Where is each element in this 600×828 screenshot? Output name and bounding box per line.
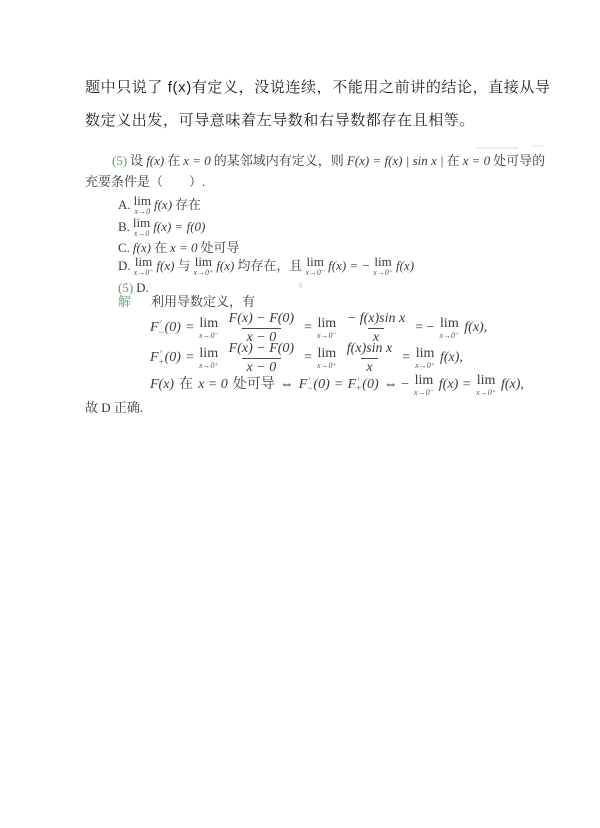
option-b: B. lim x→0 f(x) = f(0) <box>118 216 205 238</box>
math-segment: f(x) <box>216 258 234 274</box>
text-segment: 处可导的 <box>493 153 545 169</box>
math-segment: (0) <box>313 377 329 394</box>
lim-word: lim <box>440 317 459 331</box>
f-prime-minus: F′−(0) <box>299 377 330 394</box>
math-segment: x = 0 <box>170 240 198 256</box>
limit-operator: lim x→0⁻ <box>305 255 325 277</box>
lim-subscript: x→0⁺ <box>373 269 393 277</box>
formula-right-derivative: F′+(0) = lim x→0⁺ F(x) − F(0) x − 0 = li… <box>150 341 463 376</box>
text-segment: 存在 <box>175 197 201 213</box>
math-segment: f(x) <box>156 258 174 274</box>
prime-sign-stack: ′+ <box>356 378 361 393</box>
lim-subscript: x→0⁻ <box>199 332 219 340</box>
text-segment: 均存在，且 <box>237 258 302 274</box>
math-segment: f(x) <box>154 197 172 213</box>
limit-operator: lim x→0⁺ <box>373 255 393 277</box>
text-segment: 在 <box>154 240 167 256</box>
plus-sub: + <box>356 385 361 393</box>
lim-subscript: x→0⁺ <box>415 362 435 370</box>
math-segment: x = 0 <box>183 153 211 169</box>
lim-word: lim <box>307 255 324 268</box>
iff-arrow: ⇔ <box>280 377 294 394</box>
lim-subscript: x→0⁻ <box>305 269 325 277</box>
annotation-line-2: 数定义出发，可导意味着左导数和右导数都存在且相等。 <box>85 109 475 130</box>
limit-operator: lim x→0⁻ <box>440 317 460 340</box>
math-segment: F(x) <box>150 377 174 394</box>
math-segment: F <box>150 350 159 367</box>
lim-word: lim <box>199 347 218 361</box>
numerator: f(x)sin x <box>342 341 397 358</box>
math-segment: F <box>299 377 308 394</box>
equals: = <box>186 320 194 337</box>
math-segment: f(x) = f(0) <box>153 219 205 235</box>
text-segment: 处可导 <box>233 377 275 394</box>
text-segment: 在 <box>179 377 193 394</box>
math-segment: f(x) = − <box>328 258 370 274</box>
text-segment: 充要条件是（ ）. <box>85 174 205 190</box>
lim-subscript: x→0⁺ <box>476 389 496 397</box>
limit-operator: lim x→0 <box>133 216 150 238</box>
text-segment: 设 <box>130 153 143 169</box>
math-segment: (0) <box>165 320 181 337</box>
limit-operator: lim x→0⁻ <box>199 317 219 340</box>
f-prime-plus: F′+(0) <box>348 377 379 394</box>
prime-sign-stack: ′− <box>159 321 164 336</box>
problem-statement-line-1: (5) 设 f(x) 在 x = 0 的某邻域内有定义，则 F(x) = f(x… <box>112 153 545 169</box>
numerator: F(x) − F(0) <box>224 311 299 328</box>
text-segment: 在 <box>167 153 180 169</box>
lim-word: lim <box>133 216 150 229</box>
numerator: − f(x)sin x <box>342 311 410 328</box>
math-segment: F <box>348 377 357 394</box>
math-segment: f(x) = <box>439 377 471 394</box>
numerator: F(x) − F(0) <box>224 341 299 358</box>
fraction: F(x) − F(0) x − 0 <box>224 341 299 376</box>
annotation-line-1: 题中只说了 f(x)有定义，没说连续，不能用之前讲的结论，直接从导 <box>85 76 551 97</box>
math-segment: f(x) <box>146 153 164 169</box>
limit-operator: lim x→0⁺ <box>199 347 219 370</box>
equals: = − <box>415 320 434 337</box>
lim-word: lim <box>199 317 218 331</box>
math-segment: f(x) <box>396 258 414 274</box>
equals: = <box>186 350 194 367</box>
lim-word: lim <box>135 255 152 268</box>
lim-word: lim <box>318 317 337 331</box>
equals: = <box>335 377 343 394</box>
problem-number: (5) <box>112 153 127 169</box>
lim-subscript: x→0⁻ <box>134 269 154 277</box>
limit-operator: lim x→0⁺ <box>476 374 496 397</box>
text-segment: 利用导数定义，有 <box>151 294 255 310</box>
math-segment: F(x) = f(x) | sin x | <box>347 153 444 169</box>
equals: = <box>304 350 312 367</box>
minus-sub: − <box>307 385 312 393</box>
equals: = <box>402 350 410 367</box>
math-segment: (0) <box>362 377 378 394</box>
limit-operator: lim x→0 <box>134 194 151 216</box>
formula-equivalence: F(x) 在 x = 0 处可导 ⇔ F′−(0) = F′+(0) ⇔ − l… <box>150 374 524 397</box>
lim-word: lim <box>134 194 151 207</box>
option-label: B. <box>118 219 130 235</box>
limit-operator: lim x→0⁺ <box>415 347 435 370</box>
option-label: A. <box>118 197 131 213</box>
lim-subscript: x→0⁻ <box>440 332 460 340</box>
math-segment: x = 0 <box>198 377 228 394</box>
scan-artifact <box>299 283 302 288</box>
plus-sub: + <box>159 359 164 367</box>
option-label: D. <box>118 258 131 274</box>
scan-artifact <box>533 145 543 147</box>
text-segment: 在 <box>447 153 460 169</box>
lim-word: lim <box>195 255 212 268</box>
lim-subscript: x→0⁺ <box>199 362 219 370</box>
text-segment: 与 <box>177 258 190 274</box>
option-a: A. lim x→0 f(x) 存在 <box>118 194 201 216</box>
prime-sign-stack: ′+ <box>159 351 164 366</box>
solution-marker: 解 <box>118 294 131 310</box>
text-segment: 故 D 正确. <box>85 400 143 416</box>
lim-subscript: x→0⁺ <box>193 269 213 277</box>
math-segment: F <box>150 320 159 337</box>
math-segment: f(x), <box>501 377 524 394</box>
equals: = <box>304 320 312 337</box>
iff-arrow: ⇔ − <box>384 377 409 394</box>
option-d: D. lim x→0⁻ f(x) 与 lim x→0⁺ f(x) 均存在，且 l… <box>118 255 414 277</box>
conclusion-line: 故 D 正确. <box>85 400 143 416</box>
limit-operator: lim x→0⁻ <box>134 255 154 277</box>
scan-artifact <box>476 147 518 149</box>
math-segment: (0) <box>165 350 181 367</box>
limit-operator: lim x→0⁻ <box>317 317 337 340</box>
lim-word: lim <box>415 374 434 388</box>
fraction: f(x)sin x x <box>342 341 397 376</box>
lim-subscript: x→0 <box>134 230 150 238</box>
limit-operator: lim x→0⁺ <box>317 347 337 370</box>
lim-word: lim <box>477 374 496 388</box>
option-label: C. <box>118 240 130 256</box>
math-segment: f(x), <box>464 320 487 337</box>
text-segment: 的某邻域内有定义，则 <box>214 153 344 169</box>
math-segment: f(x), <box>440 350 463 367</box>
lim-subscript: x→0⁻ <box>317 332 337 340</box>
lim-word: lim <box>318 347 337 361</box>
prime-sign-stack: ′− <box>307 378 312 393</box>
lim-word: lim <box>374 255 391 268</box>
lim-subscript: x→0⁺ <box>317 362 337 370</box>
math-segment: x = 0 <box>463 153 491 169</box>
minus-sub: − <box>159 329 164 337</box>
lim-subscript: x→0⁻ <box>414 389 434 397</box>
f-prime-minus: F′−(0) <box>150 320 181 337</box>
problem-statement-line-2: 充要条件是（ ）. <box>85 174 205 190</box>
f-prime-plus: F′+(0) <box>150 350 181 367</box>
solution-intro-line: 解 利用导数定义，有 <box>118 294 255 310</box>
lim-word: lim <box>416 347 435 361</box>
limit-operator: lim x→0⁻ <box>414 374 434 397</box>
document-page: 题中只说了 f(x)有定义，没说连续，不能用之前讲的结论，直接从导 数定义出发，… <box>0 0 600 828</box>
limit-operator: lim x→0⁺ <box>193 255 213 277</box>
